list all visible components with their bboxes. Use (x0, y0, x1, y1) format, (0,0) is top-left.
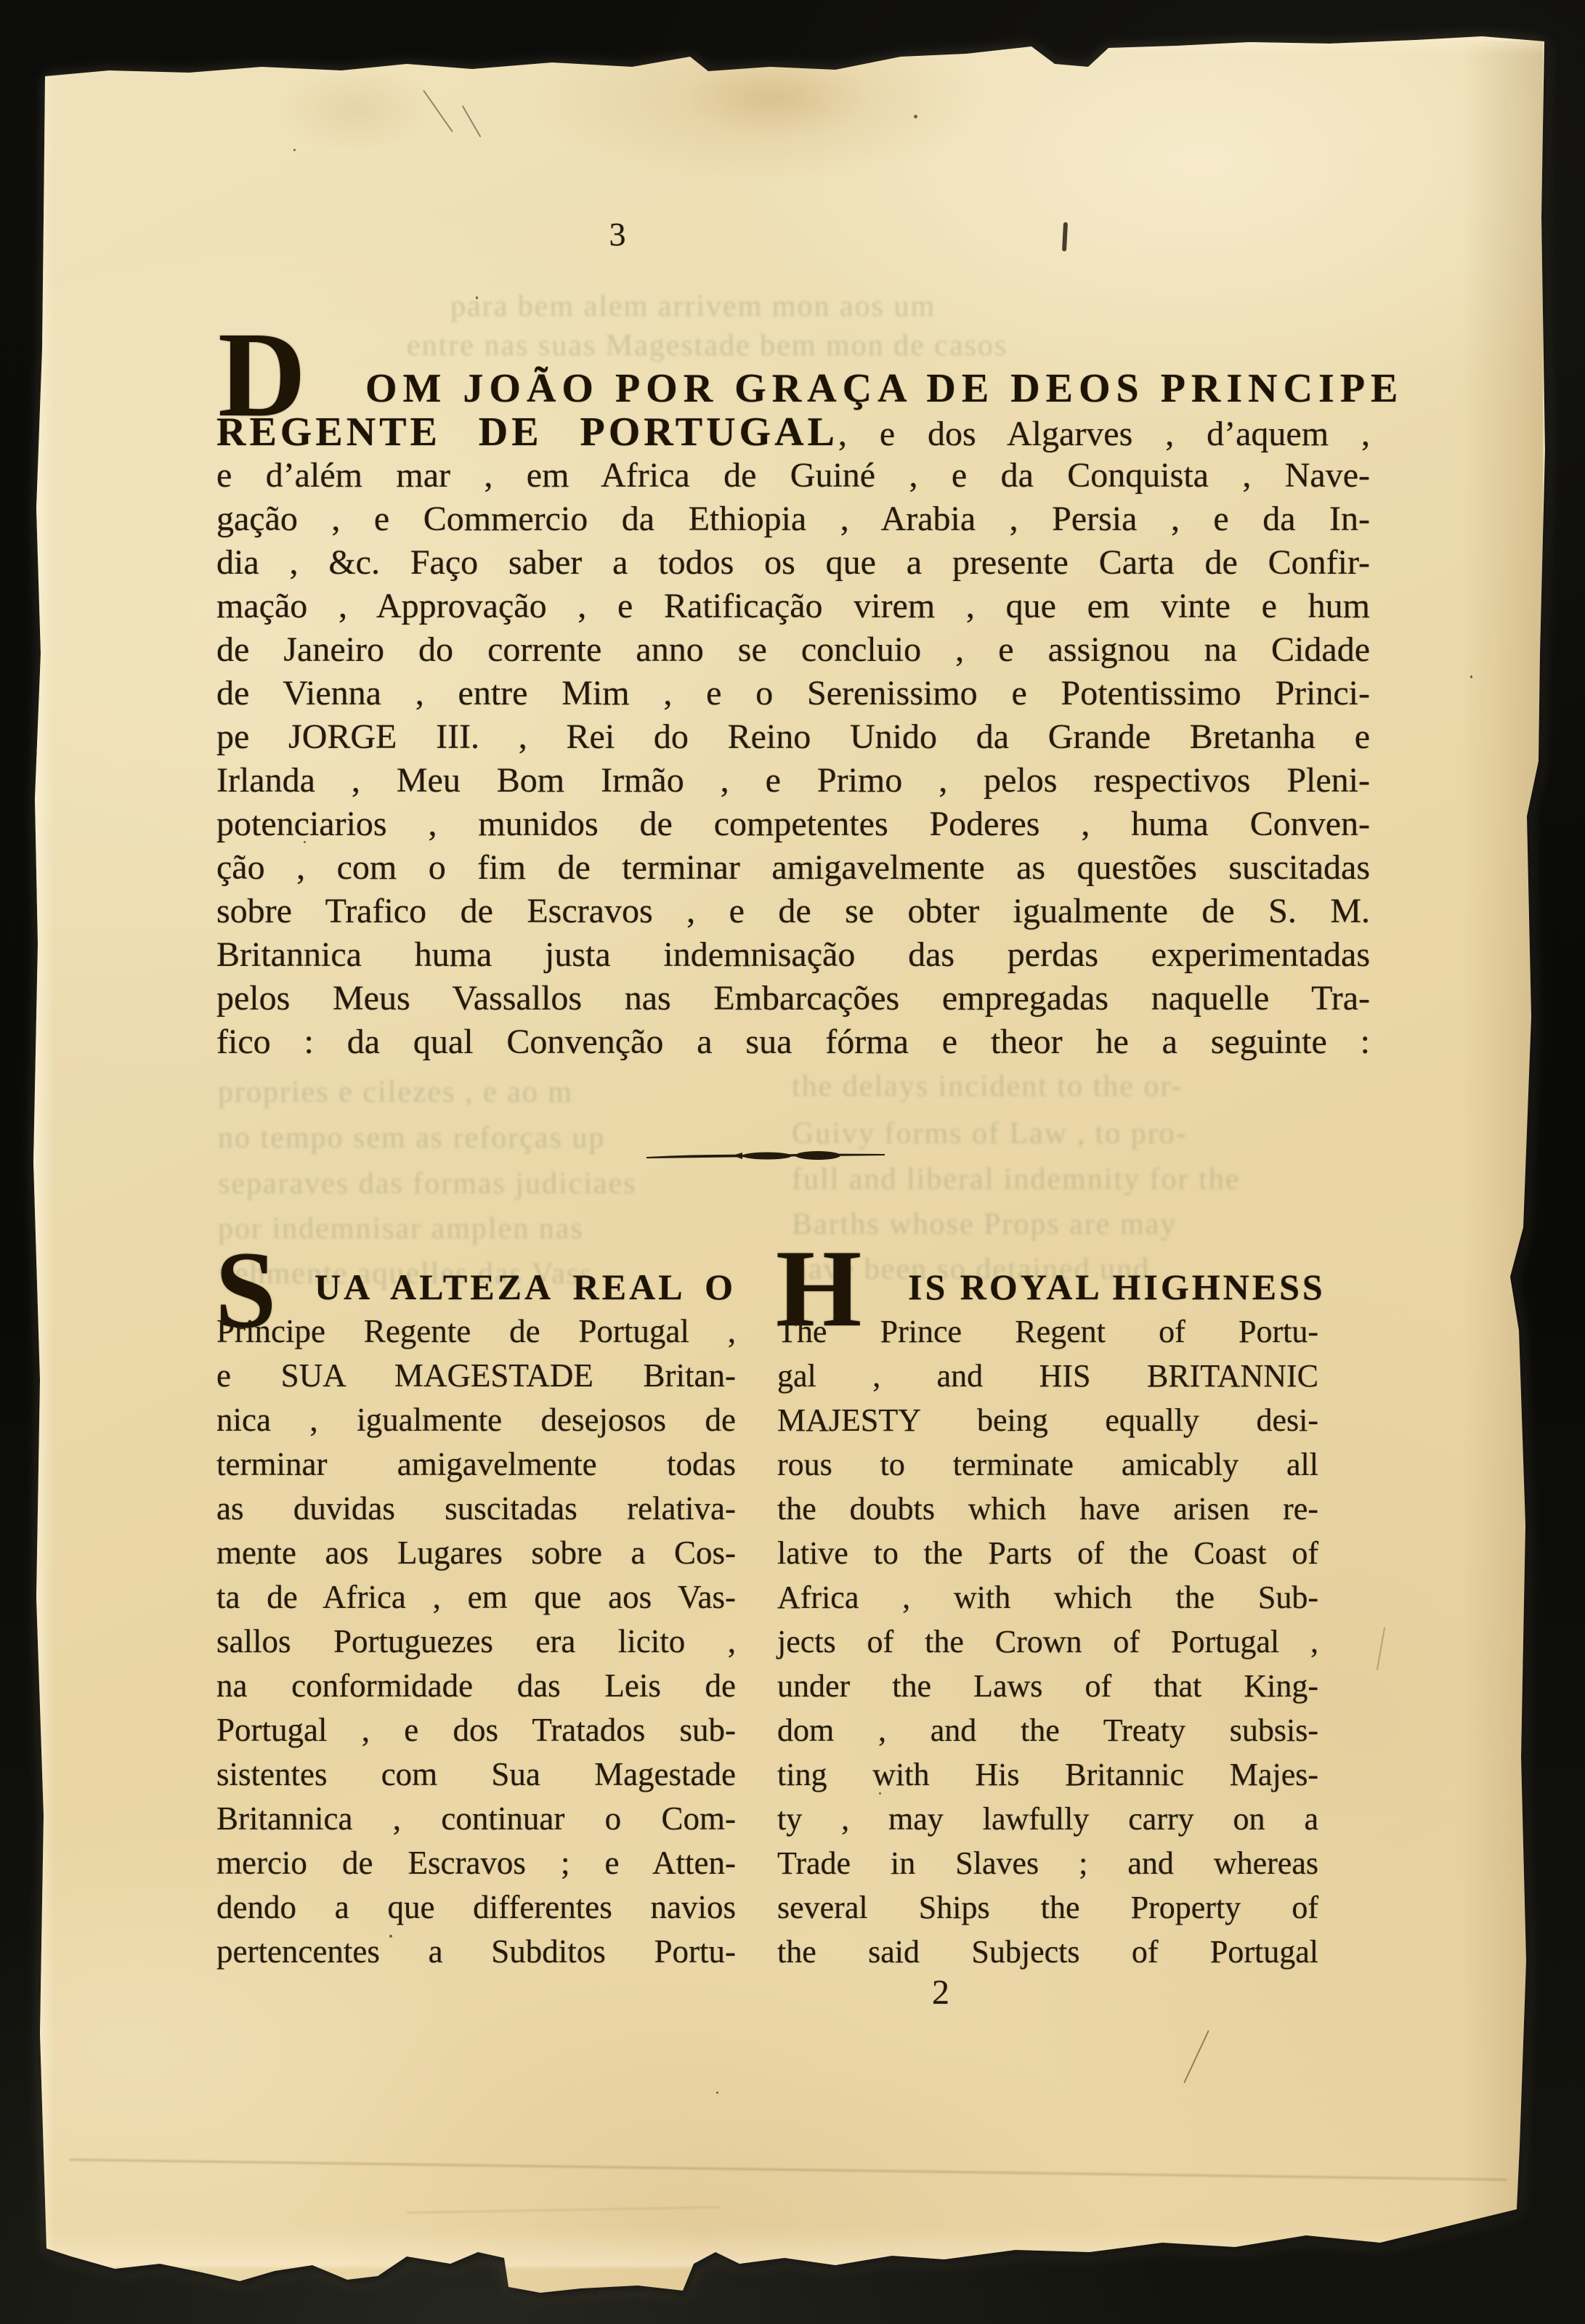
torn-edge-rim-bottom (42, 2227, 1520, 2267)
ink-speck (256, 1563, 258, 1565)
text-line: pertencentes a Subditos Portu- (216, 1930, 736, 1974)
document-page: para bem alem arrivem mon aos um entre n… (0, 0, 1585, 2324)
text-line: mação , Approvação , e Ratificação virem… (216, 585, 1370, 628)
show-through-text: por indemnisar amplen nas (218, 1211, 770, 1246)
heading-rest: , e dos Algarves , d’aquem , (838, 415, 1370, 453)
text-line: under the Laws of that King- (777, 1664, 1318, 1708)
paper-fiber (462, 105, 482, 137)
text-line: de Vienna , entre Mim , e o Serenissimo … (216, 672, 1370, 715)
text-line: Irlanda , Meu Bom Irmão , e Primo , pelo… (216, 759, 1370, 803)
text-line: potenciarios , munidos de competentes Po… (216, 803, 1370, 846)
text-line: dom , and the Treaty subsis- (777, 1708, 1318, 1752)
show-through-text: full and liberal indemnity for the (792, 1162, 1373, 1197)
signature-mark: 2 (908, 1972, 973, 2012)
text-line: lative to the Parts of the Coast of (777, 1531, 1318, 1575)
text-line: as duvidas suscitadas relativa- (216, 1487, 736, 1531)
text-line: sistentes com Sua Magestade (216, 1752, 736, 1797)
heading-caps: REGENTE DE PORTUGAL (216, 410, 838, 455)
show-through-text: entre nas suas Magestade bem mon de caso… (407, 328, 1133, 363)
text-line: Africa , with which the Sub- (777, 1575, 1318, 1620)
text-line: Britannica , continuar o Com- (216, 1797, 736, 1841)
text-line: the doubts which have arisen re- (777, 1487, 1318, 1531)
text-line: gal , and HIS BRITANNIC (777, 1354, 1318, 1398)
text-line: sallos Portuguezes era licito , (216, 1620, 736, 1664)
text-line: Principe Regente de Portugal , (216, 1309, 736, 1354)
ink-speck (293, 149, 296, 151)
text-line: pelos Meus Vassallos nas Embarcações emp… (216, 977, 1370, 1020)
text-line: The Prince Regent of Portu- (777, 1309, 1318, 1354)
text-line: ta de Africa , em que aos Vas- (216, 1575, 736, 1620)
show-through-text: Barths whose Props are may (792, 1207, 1373, 1242)
text-line: ty , may lawfully carry on a (777, 1797, 1318, 1841)
text-line: Britannica huma justa indemnisação das p… (216, 933, 1370, 977)
show-through-text: para bem alem arrivem mon aos um (450, 289, 1104, 324)
english-column: IS ROYAL HIGHNESS The Prince Regent of P… (777, 1265, 1318, 1974)
portuguese-column: UA ALTEZA REAL O Principe Regente de Por… (216, 1265, 736, 1974)
text-line: sobre Trafico de Escravos , e de se obte… (216, 890, 1370, 933)
text-line: Trade in Slaves ; and whereas (777, 1841, 1318, 1885)
text-line: e d’além mar , em Africa de Guiné , e da… (216, 454, 1370, 497)
text-line: ção , com o fim de terminar amigavelment… (216, 846, 1370, 890)
text-line: mente aos Lugares sobre a Cos- (216, 1531, 736, 1575)
text-line: rous to terminate amicably all (777, 1442, 1318, 1487)
scan-background: para bem alem arrivem mon aos um entre n… (0, 0, 1585, 2324)
column-heading: IS ROYAL HIGHNESS (777, 1265, 1318, 1309)
text-line: fico : da qual Convenção a sua fórma e t… (216, 1020, 1370, 1064)
ink-speck (716, 2092, 718, 2094)
paper-stain (276, 65, 436, 153)
text-line: jects of the Crown of Portugal , (777, 1620, 1318, 1664)
text-line: gação , e Commercio da Ethiopia , Arabia… (216, 497, 1370, 541)
text-line: dia , &c. Faço saber a todos os que a pr… (216, 541, 1370, 585)
swelled-rule-divider-icon (645, 1146, 886, 1166)
text-line: dendo a que differentes navios (216, 1885, 736, 1930)
torn-edge-rim-top (42, 36, 1543, 55)
ink-speck (389, 1935, 392, 1938)
ink-speck (476, 296, 478, 299)
text-line: several Ships the Property of (777, 1885, 1318, 1930)
text-line: nica , igualmente desejosos de (216, 1398, 736, 1442)
page-edge-shading (1462, 41, 1543, 2241)
stray-ink-mark (1062, 222, 1068, 251)
column-heading: UA ALTEZA REAL O (216, 1265, 736, 1309)
heading-line: OM JOÃO POR GRAÇA DE DEOS PRINCIPE (216, 367, 1370, 410)
paper-fiber (1183, 2030, 1209, 2083)
text-line: mercio de Escravos ; e Atten- (216, 1841, 736, 1885)
heading-line: REGENTE DE PORTUGAL, e dos Algarves , d’… (216, 410, 1370, 454)
page-edge-highlight (29, 67, 55, 2250)
ink-speck (304, 841, 306, 843)
paper-stain (683, 58, 872, 138)
ink-speck (914, 115, 917, 118)
text-line: terminar amigavelmente todas (216, 1442, 736, 1487)
text-line: Portugal , e dos Tratados sub- (216, 1708, 736, 1752)
text-line: the said Subjects of Portugal (777, 1930, 1318, 1974)
paper-crease (69, 2158, 1507, 2181)
show-through-text: the delays incident to the or- (792, 1069, 1373, 1104)
text-line: e SUA MAGESTADE Britan- (216, 1354, 736, 1398)
royal-preamble-paragraph: OM JOÃO POR GRAÇA DE DEOS PRINCIPE REGEN… (216, 367, 1370, 1064)
ink-speck (1470, 675, 1472, 678)
paper-shadow-wrap: para bem alem arrivem mon aos um entre n… (0, 0, 1585, 2324)
text-line: na conformidade das Leis de (216, 1664, 736, 1708)
text-line: de Janeiro do corrente anno se concluio … (216, 628, 1370, 672)
paper-crease (407, 2206, 719, 2214)
ink-speck (879, 1792, 881, 1795)
show-through-text: separaves das formas judiciaes (218, 1166, 770, 1201)
text-line: ting with His Britannic Majes- (777, 1752, 1318, 1797)
page-number: 3 (585, 215, 649, 253)
text-line: pe JORGE III. , Rei do Reino Unido da Gr… (216, 715, 1370, 759)
show-through-text: propries e cilezes , e ao m (218, 1075, 770, 1110)
paper-fiber (1377, 1627, 1385, 1670)
text-line: MAJESTY being equally desi- (777, 1398, 1318, 1442)
